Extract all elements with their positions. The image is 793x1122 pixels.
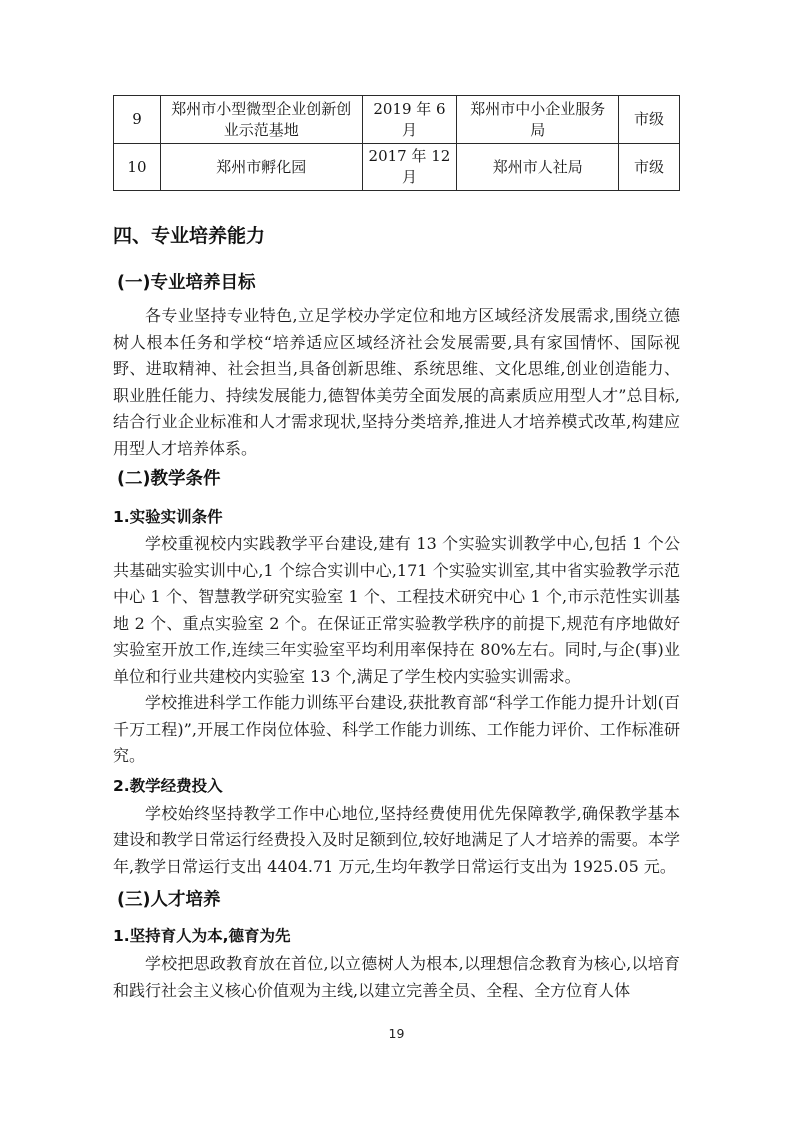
subsection-title-moral-education: 1.坚持育人为本,德育为先	[113, 925, 680, 947]
page-content: 9 郑州市小型微型企业创新创业示范基地 2019 年 6 月 郑州市中小企业服务…	[113, 0, 680, 1004]
paragraph-lab-conditions-2: 学校推进科学工作能力训练平台建设,获批教育部“科学工作能力提升计划(百千万工程)…	[113, 690, 680, 770]
cell-org: 郑州市中小企业服务局	[457, 96, 619, 144]
cell-base-name: 郑州市孵化园	[160, 144, 362, 191]
page-number: 19	[0, 1026, 793, 1041]
cell-org: 郑州市人社局	[457, 144, 619, 191]
cell-level: 市级	[619, 144, 680, 191]
cell-level: 市级	[619, 96, 680, 144]
cell-date: 2017 年 12 月	[362, 144, 457, 191]
subsection-title-lab-conditions: 1.实验实训条件	[113, 506, 680, 528]
table-row: 10 郑州市孵化园 2017 年 12 月 郑州市人社局 市级	[114, 144, 680, 191]
paragraph-lab-conditions-1: 学校重视校内实践教学平台建设,建有 13 个实验实训教学中心,包括 1 个公共基…	[113, 531, 680, 690]
table-row: 9 郑州市小型微型企业创新创业示范基地 2019 年 6 月 郑州市中小企业服务…	[114, 96, 680, 144]
paragraph-moral-education: 学校把思政教育放在首位,以立德树人为根本,以理想信念教育为核心,以培育和践行社会…	[113, 951, 680, 1004]
cell-base-name: 郑州市小型微型企业创新创业示范基地	[160, 96, 362, 144]
cell-date: 2019 年 6 月	[362, 96, 457, 144]
chapter-title: 四、专业培养能力	[113, 223, 680, 250]
section-title-training-goals: (一)专业培养目标	[113, 270, 680, 297]
honors-table: 9 郑州市小型微型企业创新创业示范基地 2019 年 6 月 郑州市中小企业服务…	[113, 95, 680, 191]
section-title-teaching-conditions: (二)教学条件	[113, 466, 680, 493]
subsection-title-funding: 2.教学经费投入	[113, 775, 680, 797]
paragraph-training-goals: 各专业坚持专业特色,立足学校办学定位和地方区域经济发展需求,围绕立德树人根本任务…	[113, 303, 680, 462]
paragraph-funding: 学校始终坚持教学工作中心地位,坚持经费使用优先保障教学,确保教学基本建设和教学日…	[113, 801, 680, 881]
cell-row-index: 10	[114, 144, 161, 191]
cell-row-index: 9	[114, 96, 161, 144]
document-page: 9 郑州市小型微型企业创新创业示范基地 2019 年 6 月 郑州市中小企业服务…	[0, 0, 793, 1122]
section-title-talent-cultivation: (三)人才培养	[113, 887, 680, 914]
